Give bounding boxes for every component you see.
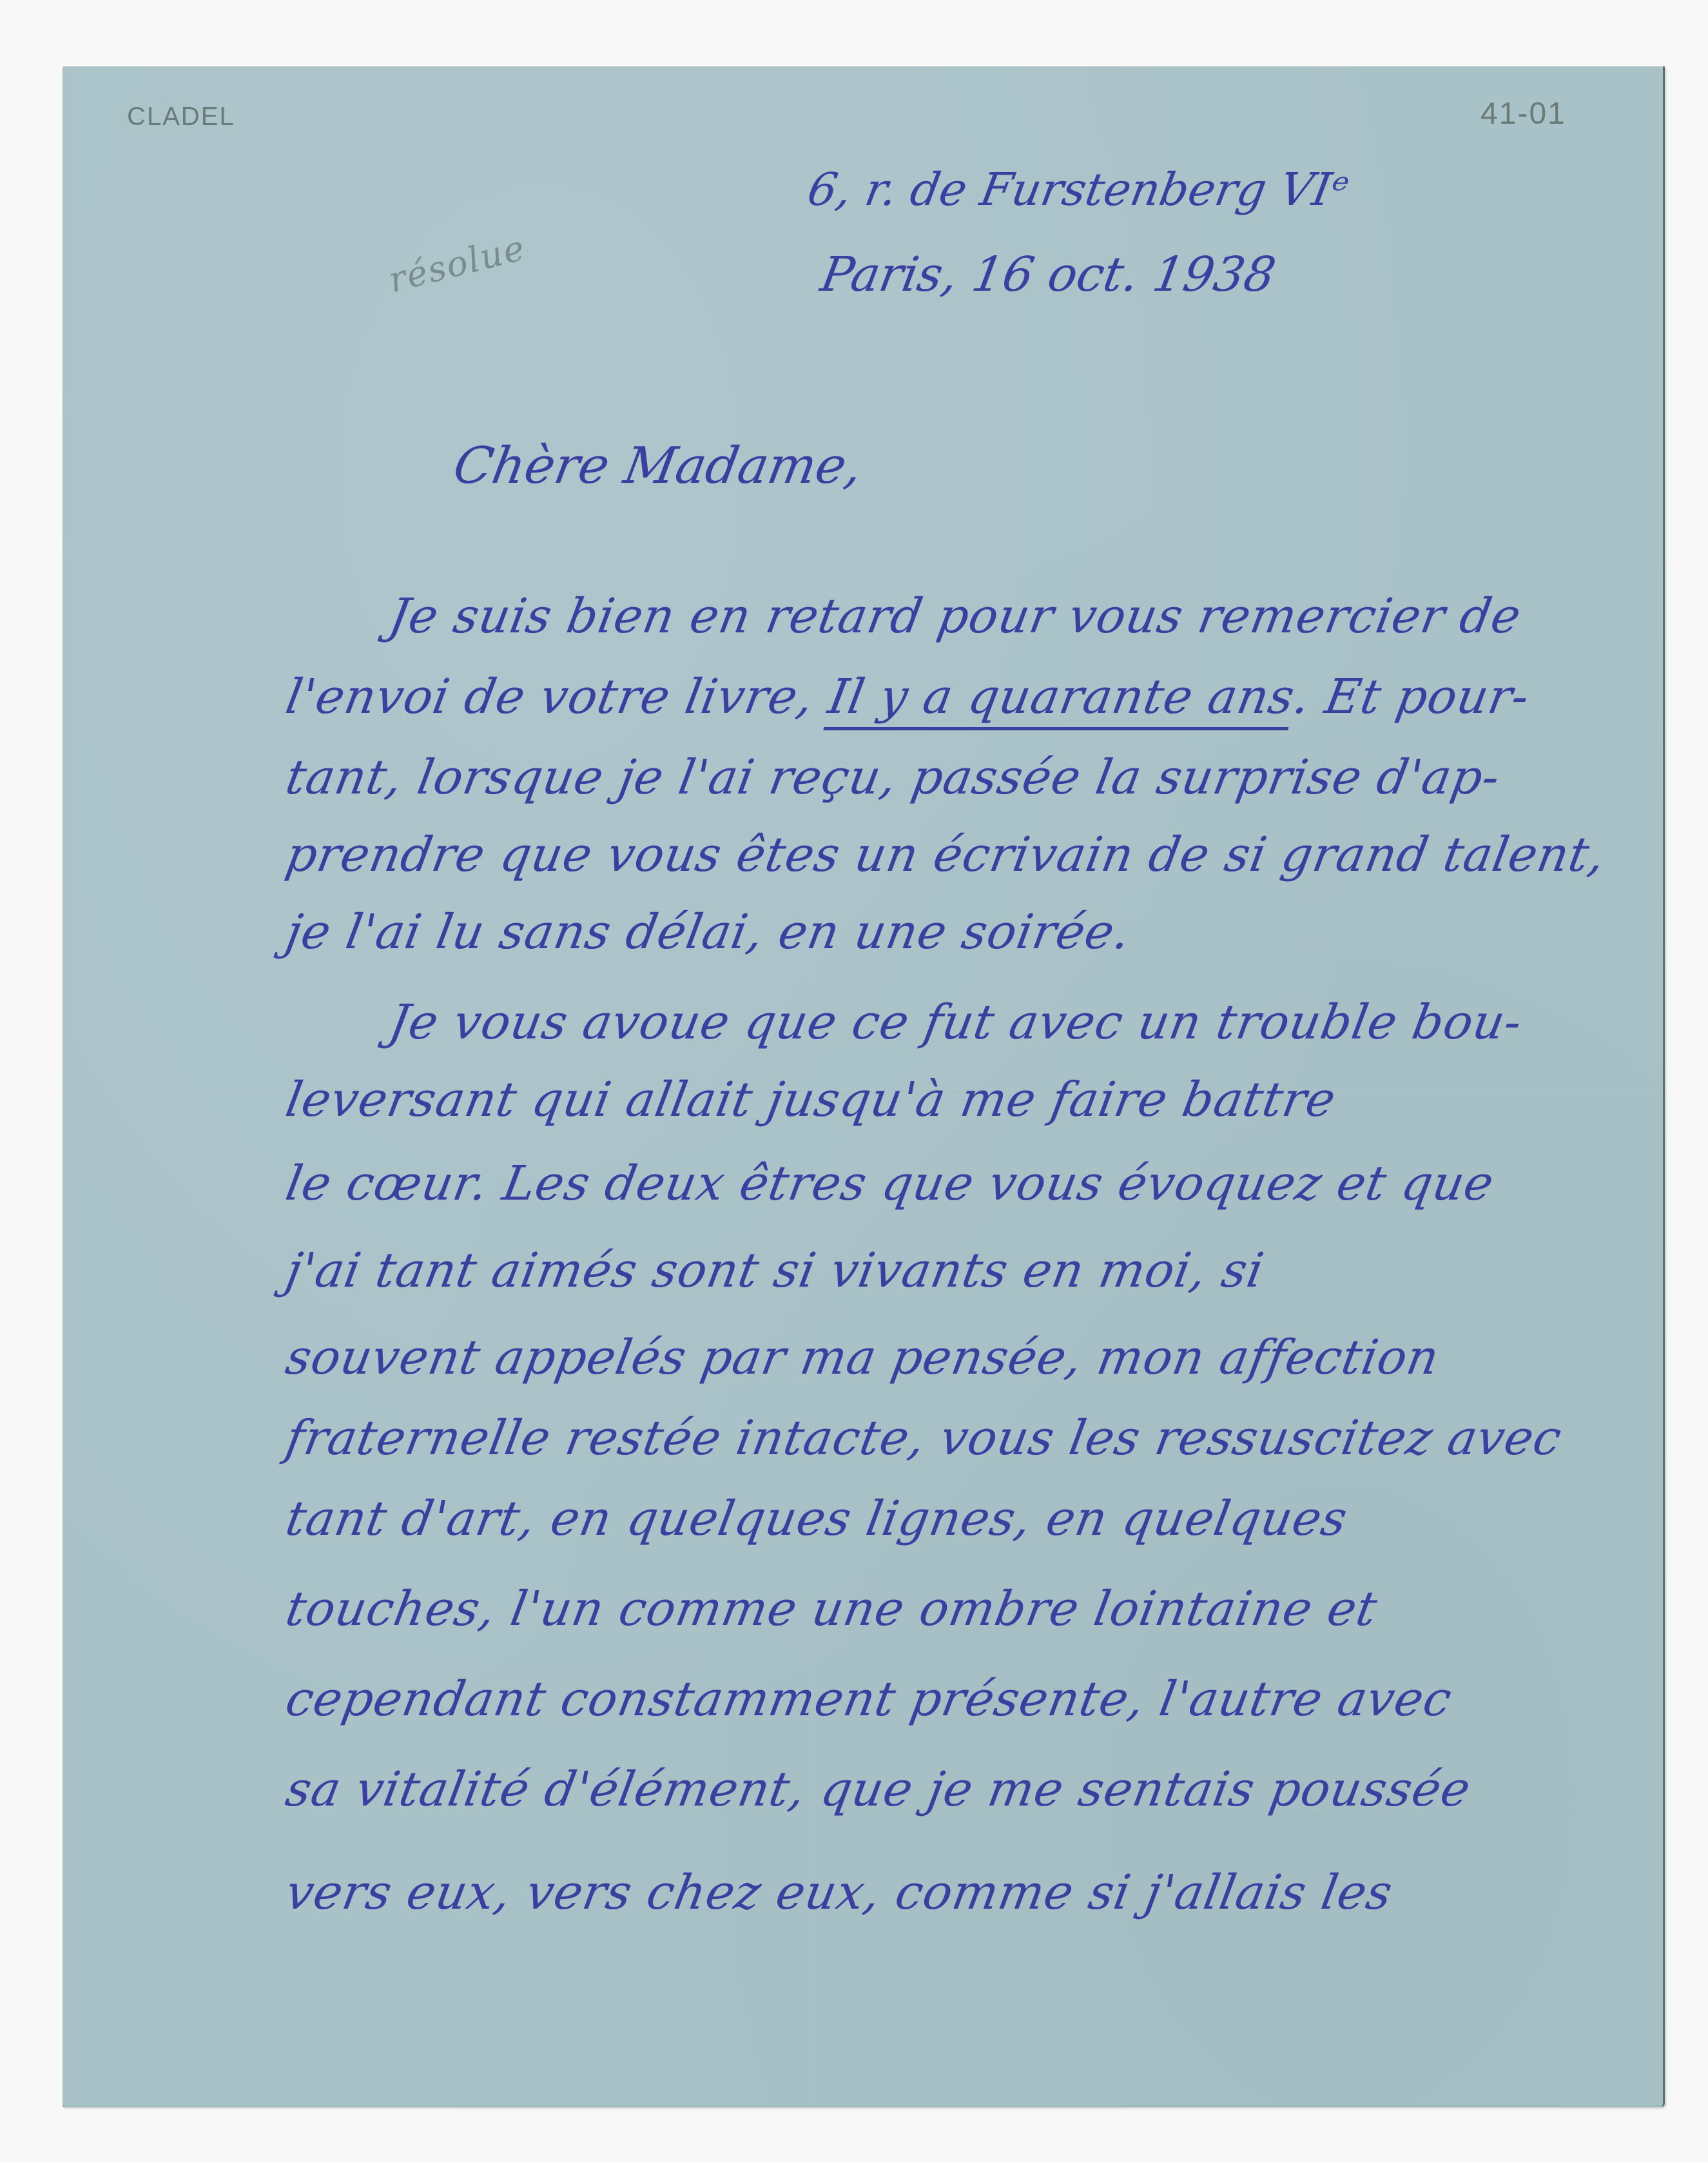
body-line: prendre que vous êtes un écrivain de si … xyxy=(282,827,1609,882)
letter-page: CLADEL 41-01 résolue 6, r. de Furstenber… xyxy=(63,66,1665,2107)
body-line: leversant qui allait jusqu'à me faire ba… xyxy=(282,1072,1340,1127)
body-line: le cœur. Les deux êtres que vous évoquez… xyxy=(282,1156,1499,1211)
body-line: je l'ai lu sans délai, en une soirée. xyxy=(282,904,1135,960)
body-line: sa vitalité d'élément, que je me sentais… xyxy=(282,1762,1475,1817)
body-line: touches, l'un comme une ombre lointaine … xyxy=(282,1581,1382,1637)
book-title: Il y a quarante ans xyxy=(823,669,1299,730)
place-and-date: Paris, 16 oct. 1938 xyxy=(817,247,1280,302)
body-line: j'ai tant aimés sont si vivants en moi, … xyxy=(282,1243,1268,1298)
body-line-text: l'envoi de votre livre, xyxy=(282,669,818,725)
body-line: l'envoi de votre livre, Il y a quarante … xyxy=(282,669,1534,725)
sender-address: 6, r. de Furstenberg VIᵉ xyxy=(804,163,1353,216)
body-line: tant, lorsque je l'ai reçu, passée la su… xyxy=(282,750,1504,805)
body-line: tant d'art, en quelques lignes, en quelq… xyxy=(282,1491,1352,1546)
salutation: Chère Madame, xyxy=(449,437,867,495)
body-line: souvent appelés par ma pensée, mon affec… xyxy=(282,1330,1444,1385)
archive-reference-note: 41-01 xyxy=(1480,96,1566,131)
body-line: Je vous avoue que ce fut avec un trouble… xyxy=(385,995,1526,1050)
body-line: fraternelle restée intacte, vous les res… xyxy=(282,1410,1566,1466)
archive-status-note: résolue xyxy=(385,228,530,300)
body-line: vers eux, vers chez eux, comme si j'alla… xyxy=(282,1865,1397,1920)
body-line: Je suis bien en retard pour vous remerci… xyxy=(385,589,1526,644)
body-line-text: . Et pour- xyxy=(1289,669,1533,725)
body-line: cependant constamment présente, l'autre … xyxy=(282,1671,1456,1727)
archive-name-note: CLADEL xyxy=(127,102,235,131)
